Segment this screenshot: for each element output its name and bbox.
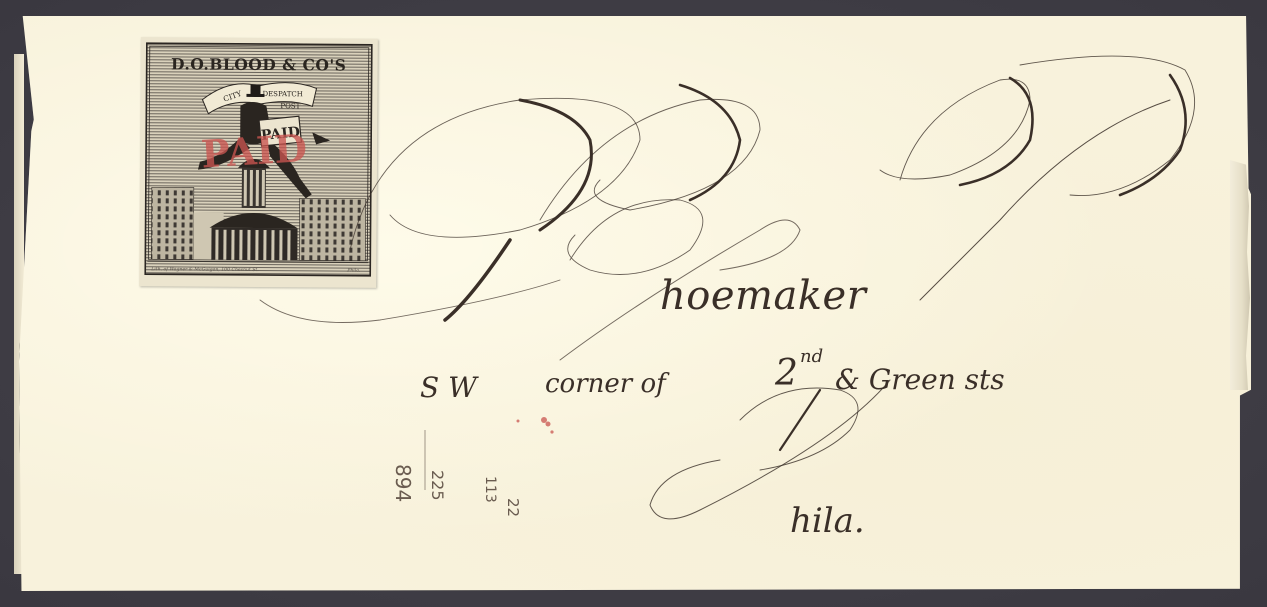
red-paid-cancel: PAID	[200, 125, 309, 177]
stamp-imprint-printer: Lith. of Wagner & McGuigan, 100 Chesnut …	[150, 266, 259, 273]
scan-background: D.O.BLOOD & CO'S CITY DESPATCH POST PAID	[0, 0, 1267, 607]
stamp-imprint-city: Phila.	[346, 268, 361, 274]
stamp-engraving: D.O.BLOOD & CO'S CITY DESPATCH POST PAID	[139, 37, 378, 288]
postage-stamp: D.O.BLOOD & CO'S CITY DESPATCH POST PAID	[139, 37, 378, 288]
stamp-banner-despatch: DESPATCH	[262, 90, 302, 98]
stamp-company-name: D.O.BLOOD & CO'S	[171, 54, 346, 74]
stamp-banner-post: POST	[280, 102, 300, 110]
